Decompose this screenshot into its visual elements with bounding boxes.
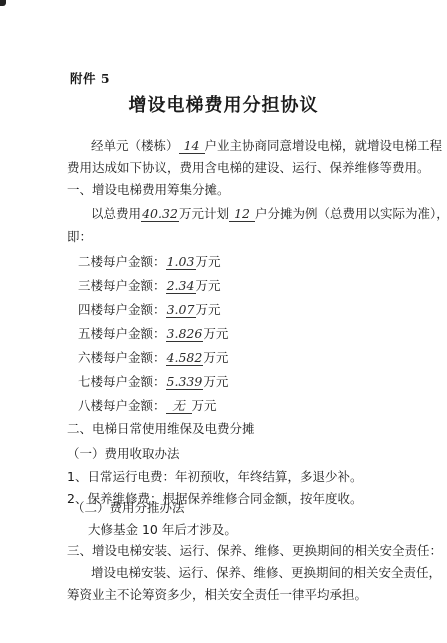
intro-line-1: 经单元（楼栋）14户业主协商同意增设电梯，就增设电梯工程 bbox=[91, 138, 442, 154]
floor-6-amount: 4.582 bbox=[166, 351, 204, 366]
fee-item-1: 1、日常运行电费：年初预收，年终结算，多退少补。 bbox=[67, 469, 362, 485]
floor-7-amount: 5.339 bbox=[166, 375, 204, 390]
section2-sub2-text: 大修基金 10 年后才涉及。 bbox=[88, 522, 237, 538]
floor-4-amount: 3.07 bbox=[166, 303, 196, 318]
section2-sub2-heading-text: （二）费用分推办法 bbox=[72, 500, 185, 516]
floor-row-7: 七楼每户金额：5.339万元 bbox=[78, 374, 228, 390]
section3-line-1: 增设电梯安装、运行、保养、维修、更换期间的相关安全责任， bbox=[91, 565, 441, 581]
floor-row-3: 三楼每户金额：2.34万元 bbox=[78, 278, 221, 294]
ji-label: 即： bbox=[67, 229, 92, 245]
section2-sub1-heading: （一）费用收取办法 bbox=[67, 446, 180, 462]
floor-row-8: 八楼每户金额：无万元 bbox=[78, 398, 217, 414]
intro-line-2: 费用达成如下协议，费用含电梯的建设、运行、保养维修等费用。 bbox=[67, 160, 430, 176]
document-page: 附件 5 增设电梯费用分担协议 经单元（楼栋）14户业主协商同意增设电梯，就增设… bbox=[0, 0, 447, 643]
total-cost-handwritten: 40.32 bbox=[141, 207, 179, 222]
document-title: 增设电梯费用分担协议 bbox=[0, 91, 447, 117]
section1-heading: 一、增设电梯费用筹集分摊。 bbox=[67, 182, 230, 198]
floor-3-amount: 2.34 bbox=[166, 279, 196, 294]
household-count-handwritten: 12 bbox=[229, 207, 255, 222]
floor-row-5: 五楼每户金额：3.826万元 bbox=[78, 326, 228, 342]
floor-8-amount: 无 bbox=[166, 399, 192, 414]
section3-line-2: 筹资业主不论筹资多少，相关安全责任一律平均承担。 bbox=[67, 587, 367, 603]
floor-row-2: 二楼每户金额：1.03万元 bbox=[78, 254, 221, 270]
attachment-label: 附件 5 bbox=[70, 69, 110, 87]
section3-heading: 三、增设电梯安装、运行、保养、维修、更换期间的相关安全责任： bbox=[67, 543, 442, 559]
scan-edge-mark bbox=[0, 0, 6, 6]
households-handwritten: 14 bbox=[179, 139, 205, 154]
floor-row-6: 六楼每户金额：4.582万元 bbox=[78, 350, 228, 366]
floor-2-amount: 1.03 bbox=[166, 255, 196, 270]
section2-heading: 二、电梯日常使用维保及电费分摊 bbox=[67, 421, 255, 437]
cost-example-line: 以总费用40.32万元计划12户分摊为例（总费用以实际为准）， bbox=[91, 206, 447, 222]
floor-5-amount: 3.826 bbox=[166, 327, 204, 342]
floor-row-4: 四楼每户金额：3.07万元 bbox=[78, 302, 221, 318]
